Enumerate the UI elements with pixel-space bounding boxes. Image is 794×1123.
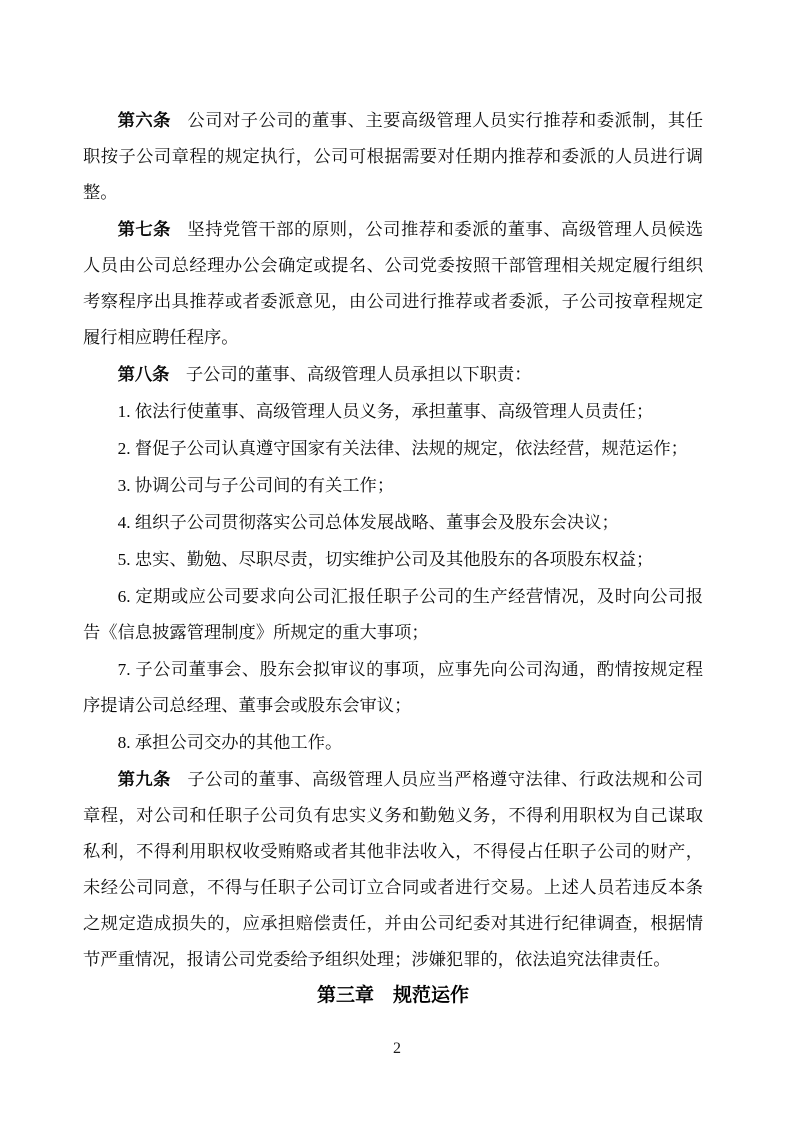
article-paragraph: 第六条公司对子公司的董事、主要高级管理人员实行推荐和委派制，其任职按子公司章程的… bbox=[83, 102, 703, 211]
article-paragraph: 第九条子公司的董事、高级管理人员应当严格遵守法律、行政法规和公司章程，对公司和任… bbox=[83, 761, 703, 978]
numbered-item: 3. 协调公司与子公司间的有关工作； bbox=[83, 467, 703, 504]
article-text: 坚持党管干部的原则，公司推荐和委派的董事、高级管理人员候选人员由公司总经理办公会… bbox=[83, 220, 703, 347]
numbered-item: 8. 承担公司交办的其他工作。 bbox=[83, 724, 703, 761]
article-label: 第九条 bbox=[118, 769, 171, 789]
item-text: 5. 忠实、勤勉、尽职尽责，切实维护公司及其他股东的各项股东权益； bbox=[118, 550, 654, 569]
article-label: 第七条 bbox=[118, 219, 171, 239]
article-label: 第六条 bbox=[118, 110, 171, 130]
article-text: 公司对子公司的董事、主要高级管理人员实行推荐和委派制，其任职按子公司章程的规定执… bbox=[83, 111, 703, 202]
document-page: 第六条公司对子公司的董事、主要高级管理人员实行推荐和委派制，其任职按子公司章程的… bbox=[0, 0, 794, 1123]
page-number: 2 bbox=[0, 1031, 794, 1067]
item-text: 3. 协调公司与子公司间的有关工作； bbox=[118, 476, 395, 495]
item-text: 1. 依法行使董事、高级管理人员义务，承担董事、高级管理人员责任； bbox=[118, 402, 654, 421]
article-text: 子公司的董事、高级管理人员应当严格遵守法律、行政法规和公司章程，对公司和任职子公… bbox=[83, 770, 703, 969]
article-paragraph: 第七条坚持党管干部的原则，公司推荐和委派的董事、高级管理人员候选人员由公司总经理… bbox=[83, 211, 703, 356]
item-text: 6. 定期或应公司要求向公司汇报任职子公司的生产经营情况，及时向公司报告《信息披… bbox=[83, 587, 703, 642]
item-text: 2. 督促子公司认真遵守国家有关法律、法规的规定，依法经营，规范运作； bbox=[118, 439, 688, 458]
numbered-item: 6. 定期或应公司要求向公司汇报任职子公司的生产经营情况，及时向公司报告《信息披… bbox=[83, 578, 703, 651]
article-paragraph: 第八条子公司的董事、高级管理人员承担以下职责： bbox=[83, 356, 703, 393]
document-text-block: 第六条公司对子公司的董事、主要高级管理人员实行推荐和委派制，其任职按子公司章程的… bbox=[83, 102, 703, 1014]
numbered-item: 1. 依法行使董事、高级管理人员义务，承担董事、高级管理人员责任； bbox=[83, 393, 703, 430]
item-text: 7. 子公司董事会、股东会拟审议的事项，应事先向公司沟通，酌情按规定程序提请公司… bbox=[83, 660, 703, 715]
numbered-item: 7. 子公司董事会、股东会拟审议的事项，应事先向公司沟通，酌情按规定程序提请公司… bbox=[83, 651, 703, 724]
numbered-item: 2. 督促子公司认真遵守国家有关法律、法规的规定，依法经营，规范运作； bbox=[83, 430, 703, 467]
numbered-item: 4. 组织子公司贯彻落实公司总体发展战略、董事会及股东会决议； bbox=[83, 504, 703, 541]
article-text: 子公司的董事、高级管理人员承担以下职责： bbox=[186, 365, 532, 384]
numbered-item: 5. 忠实、勤勉、尽职尽责，切实维护公司及其他股东的各项股东权益； bbox=[83, 541, 703, 578]
chapter-heading: 第三章 规范运作 bbox=[83, 978, 703, 1014]
article-label: 第八条 bbox=[118, 364, 170, 384]
item-text: 4. 组织子公司贯彻落实公司总体发展战略、董事会及股东会决议； bbox=[118, 513, 619, 532]
item-text: 8. 承担公司交办的其他工作。 bbox=[118, 733, 343, 752]
